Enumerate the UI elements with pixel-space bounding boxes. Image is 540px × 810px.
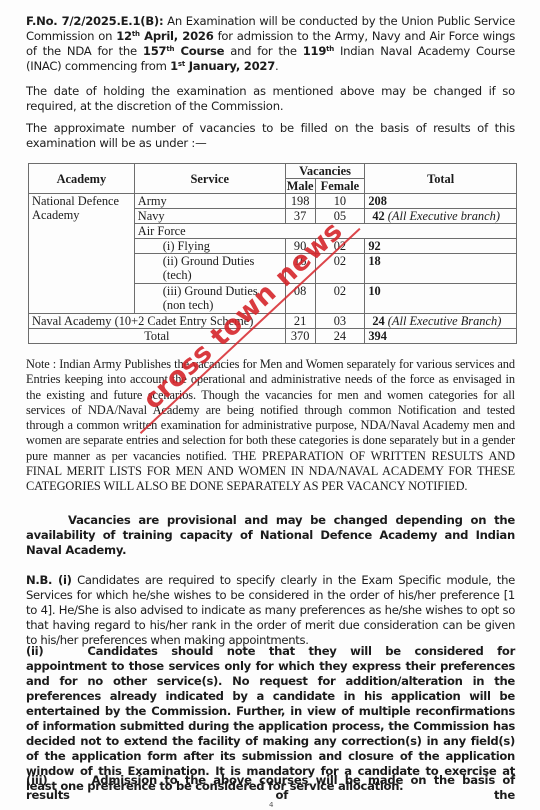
header-total: Total (365, 164, 517, 194)
vacancy-intro: The approximate number of vacancies to b… (26, 121, 515, 151)
grand-total-label: Total (29, 329, 286, 344)
nb-item-i: N.B. (i) Candidates are required to spec… (26, 573, 515, 648)
header-female: Female (315, 179, 365, 194)
service-cell: (iii) Ground Duties (non tech) (134, 284, 285, 314)
service-cell: Air Force (134, 224, 516, 239)
date-change-note: The date of holding the examination as m… (26, 84, 515, 114)
nb-item-ii: (ii)Candidates should note that they wil… (26, 644, 515, 794)
service-cell: Navy (134, 209, 285, 224)
table-header-row: Academy Service Vacancies Total (29, 164, 517, 179)
total-cell: 42 (All Executive branch) (365, 209, 517, 224)
header-male: Male (285, 179, 315, 194)
exam-date: 12th April, 2026 (116, 29, 213, 43)
intro-paragraph: F.No. 7/2/2025.E.1(B): An Examination wi… (26, 14, 515, 74)
nb-item-iii: (iii)Admission to the above courses will… (26, 773, 515, 803)
header-vacancies: Vacancies (285, 164, 365, 179)
total-cell: 18 (365, 254, 517, 284)
table-total-row: Total 370 24 394 (29, 329, 517, 344)
course-start-date: 1st January, 2027 (170, 59, 275, 73)
service-cell: Army (134, 194, 285, 209)
vacancy-table: Academy Service Vacancies Total Male Fem… (28, 163, 517, 344)
provisional-note: Vacancies are provisional and may be cha… (26, 513, 515, 558)
header-academy: Academy (29, 164, 135, 194)
table-row: National Defence Academy Army 198 10 208 (29, 194, 517, 209)
table-row: Naval Academy (10+2 Cadet Entry Scheme) … (29, 314, 517, 329)
total-cell: 92 (365, 239, 517, 254)
grand-total-value: 394 (365, 329, 517, 344)
note-paragraph: Note : Indian Army Publishes the vacanci… (26, 357, 515, 495)
service-cell: (ii) Ground Duties (tech) (134, 254, 285, 284)
file-number: F.No. 7/2/2025.E.1(B): (26, 14, 163, 28)
page-number: 4 (269, 801, 273, 809)
header-service: Service (134, 164, 285, 194)
academy-naval: Naval Academy (10+2 Cadet Entry Scheme) (29, 314, 286, 329)
total-cell: 208 (365, 194, 517, 209)
total-cell: 10 (365, 284, 517, 314)
total-cell: 24 (All Executive Branch) (365, 314, 517, 329)
inac-course: 119th (303, 44, 334, 58)
service-cell: (i) Flying (134, 239, 285, 254)
nda-course: 157th Course (143, 44, 224, 58)
academy-nda: National Defence Academy (29, 194, 135, 314)
